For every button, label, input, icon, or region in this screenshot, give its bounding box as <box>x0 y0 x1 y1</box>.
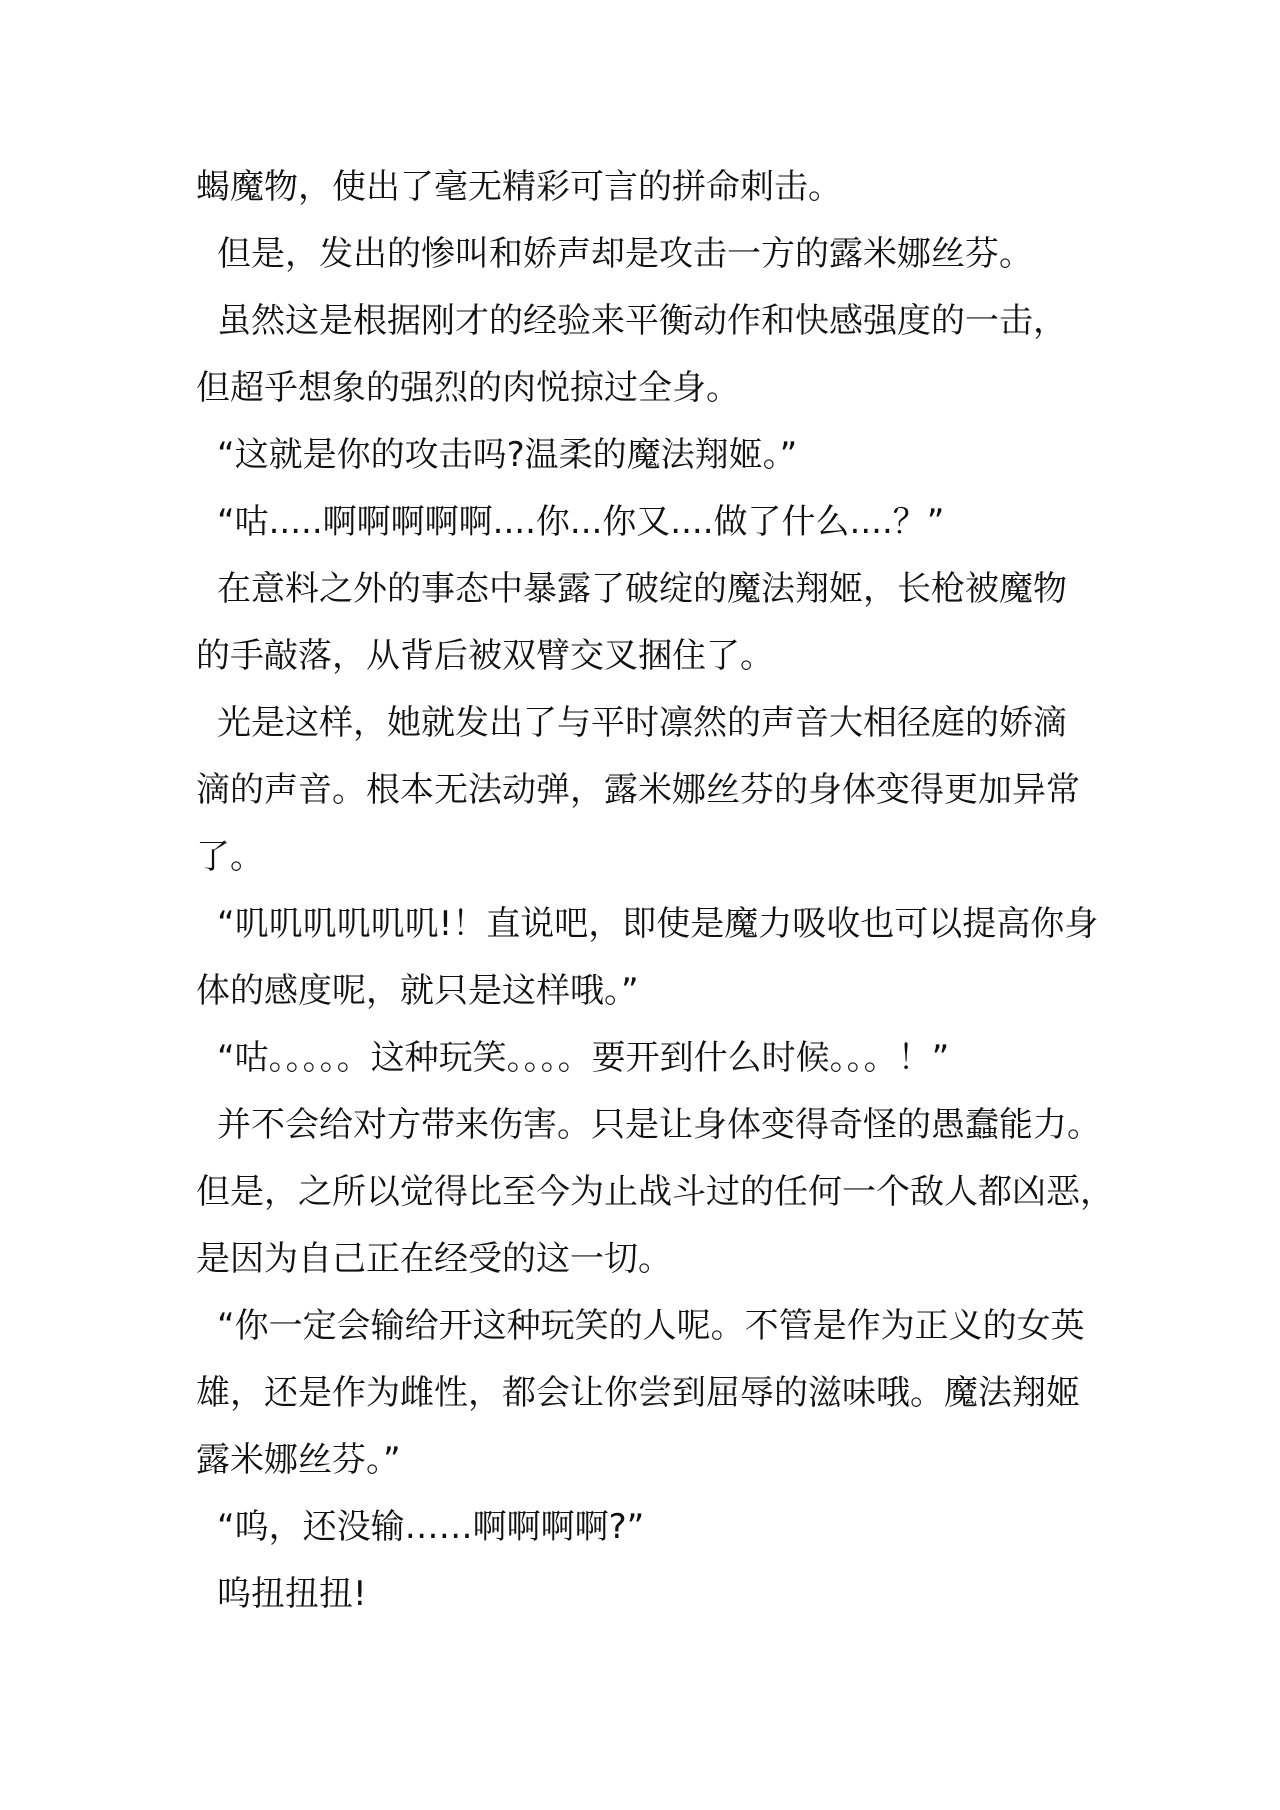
text-line: “咕。。。。。这种玩笑。。。。要开到什么时候。。。！” <box>196 1025 1096 1092</box>
text-line: 在意料之外的事态中暴露了破绽的魔法翔姬，长枪被魔物 <box>196 556 1096 623</box>
text-line: “呜，还没输……啊啊啊啊?” <box>196 1494 1096 1561</box>
text-line: “咕.....啊啊啊啊啊....你...你又....做了什么....？” <box>196 489 1096 556</box>
text-line: 但超乎想象的强烈的肉悦掠过全身。 <box>196 355 1096 422</box>
body-text: 蝎魔物，使出了毫无精彩可言的拼命刺击。 但是，发出的惨叫和娇声却是攻击一方的露米… <box>196 154 1096 1628</box>
text-line: 雄，还是作为雌性，都会让你尝到屈辱的滋味哦。魔法翔姬 <box>196 1360 1096 1427</box>
text-line: 是因为自己正在经受的这一切。 <box>196 1226 1096 1293</box>
text-line: 光是这样，她就发出了与平时凛然的声音大相径庭的娇滴 <box>196 690 1096 757</box>
text-line: 但是，之所以觉得比至今为止战斗过的任何一个敌人都凶恶， <box>196 1159 1096 1226</box>
text-line: “这就是你的攻击吗?温柔的魔法翔姬。” <box>196 422 1096 489</box>
text-line: 但是，发出的惨叫和娇声却是攻击一方的露米娜丝芬。 <box>196 221 1096 288</box>
text-line: 蝎魔物，使出了毫无精彩可言的拼命刺击。 <box>196 154 1096 221</box>
text-line: 滴的声音。根本无法动弹，露米娜丝芬的身体变得更加异常 <box>196 757 1096 824</box>
text-line: 露米娜丝芬。” <box>196 1427 1096 1494</box>
text-line: “叽叽叽叽叽叽!！直说吧，即使是魔力吸收也可以提高你身 <box>196 891 1096 958</box>
text-line: 并不会给对方带来伤害。只是让身体变得奇怪的愚蠢能力。 <box>196 1092 1096 1159</box>
text-line: 呜扭扭扭! <box>196 1561 1096 1628</box>
document-page: 蝎魔物，使出了毫无精彩可言的拼命刺击。 但是，发出的惨叫和娇声却是攻击一方的露米… <box>0 0 1280 1810</box>
text-line: 体的感度呢，就只是这样哦。” <box>196 958 1096 1025</box>
text-line: “你一定会输给开这种玩笑的人呢。不管是作为正义的女英 <box>196 1293 1096 1360</box>
text-line: 了。 <box>196 824 1096 891</box>
text-line: 的手敲落，从背后被双臂交叉捆住了。 <box>196 623 1096 690</box>
text-line: 虽然这是根据刚才的经验来平衡动作和快感强度的一击， <box>196 288 1096 355</box>
